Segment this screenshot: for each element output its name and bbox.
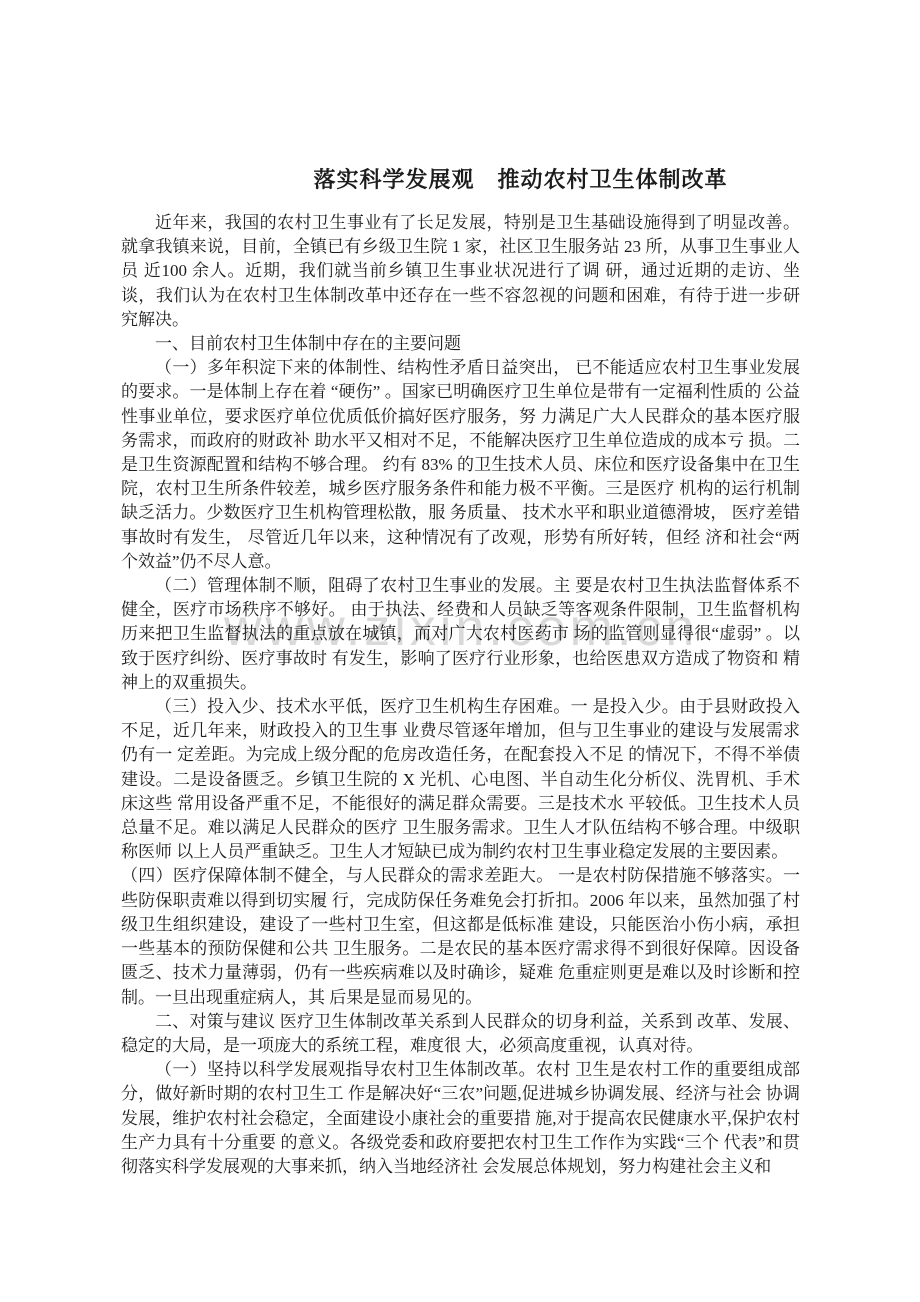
paragraph: （一）多年积淀下来的体制性、结构性矛盾日益突出， 已不能适应农村卫生事业发展的要…: [121, 356, 800, 574]
paragraph: （四）医疗保障体制不健全，与人民群众的需求差距大。 一是农村防保措施不够落实。一…: [121, 864, 800, 1009]
document-page: www.zixin.com.cn 落实科学发展观 推动农村卫生体制改革 近年来，…: [0, 0, 920, 1302]
paragraph: 近年来，我国的农村卫生事业有了长足发展，特别是卫生基础设施得到了明显改善。就拿我…: [121, 211, 800, 332]
paragraph: 二、对策与建议 医疗卫生体制改革关系到人民群众的切身利益，关系到 改革、发展、稳…: [121, 1010, 800, 1058]
paragraph: （一）坚持以科学发展观指导农村卫生体制改革。农村 卫生是农村工作的重要组成部分，…: [121, 1058, 800, 1179]
paragraphs-container: 近年来，我国的农村卫生事业有了长足发展，特别是卫生基础设施得到了明显改善。就拿我…: [121, 211, 800, 1179]
paragraph: （二）管理体制不顺，阻碍了农村卫生事业的发展。主 要是农村卫生执法监督体系不健全…: [121, 574, 800, 695]
document-body: 落实科学发展观 推动农村卫生体制改革 近年来，我国的农村卫生事业有了长足发展，特…: [121, 163, 800, 1179]
paragraph: 一、目前农村卫生体制中存在的主要问题: [121, 332, 800, 356]
document-title: 落实科学发展观 推动农村卫生体制改革: [181, 163, 860, 196]
paragraph: （三）投入少、技术水平低，医疗卫生机构生存困难。一 是投入少。由于县财政投入不足…: [121, 695, 800, 864]
